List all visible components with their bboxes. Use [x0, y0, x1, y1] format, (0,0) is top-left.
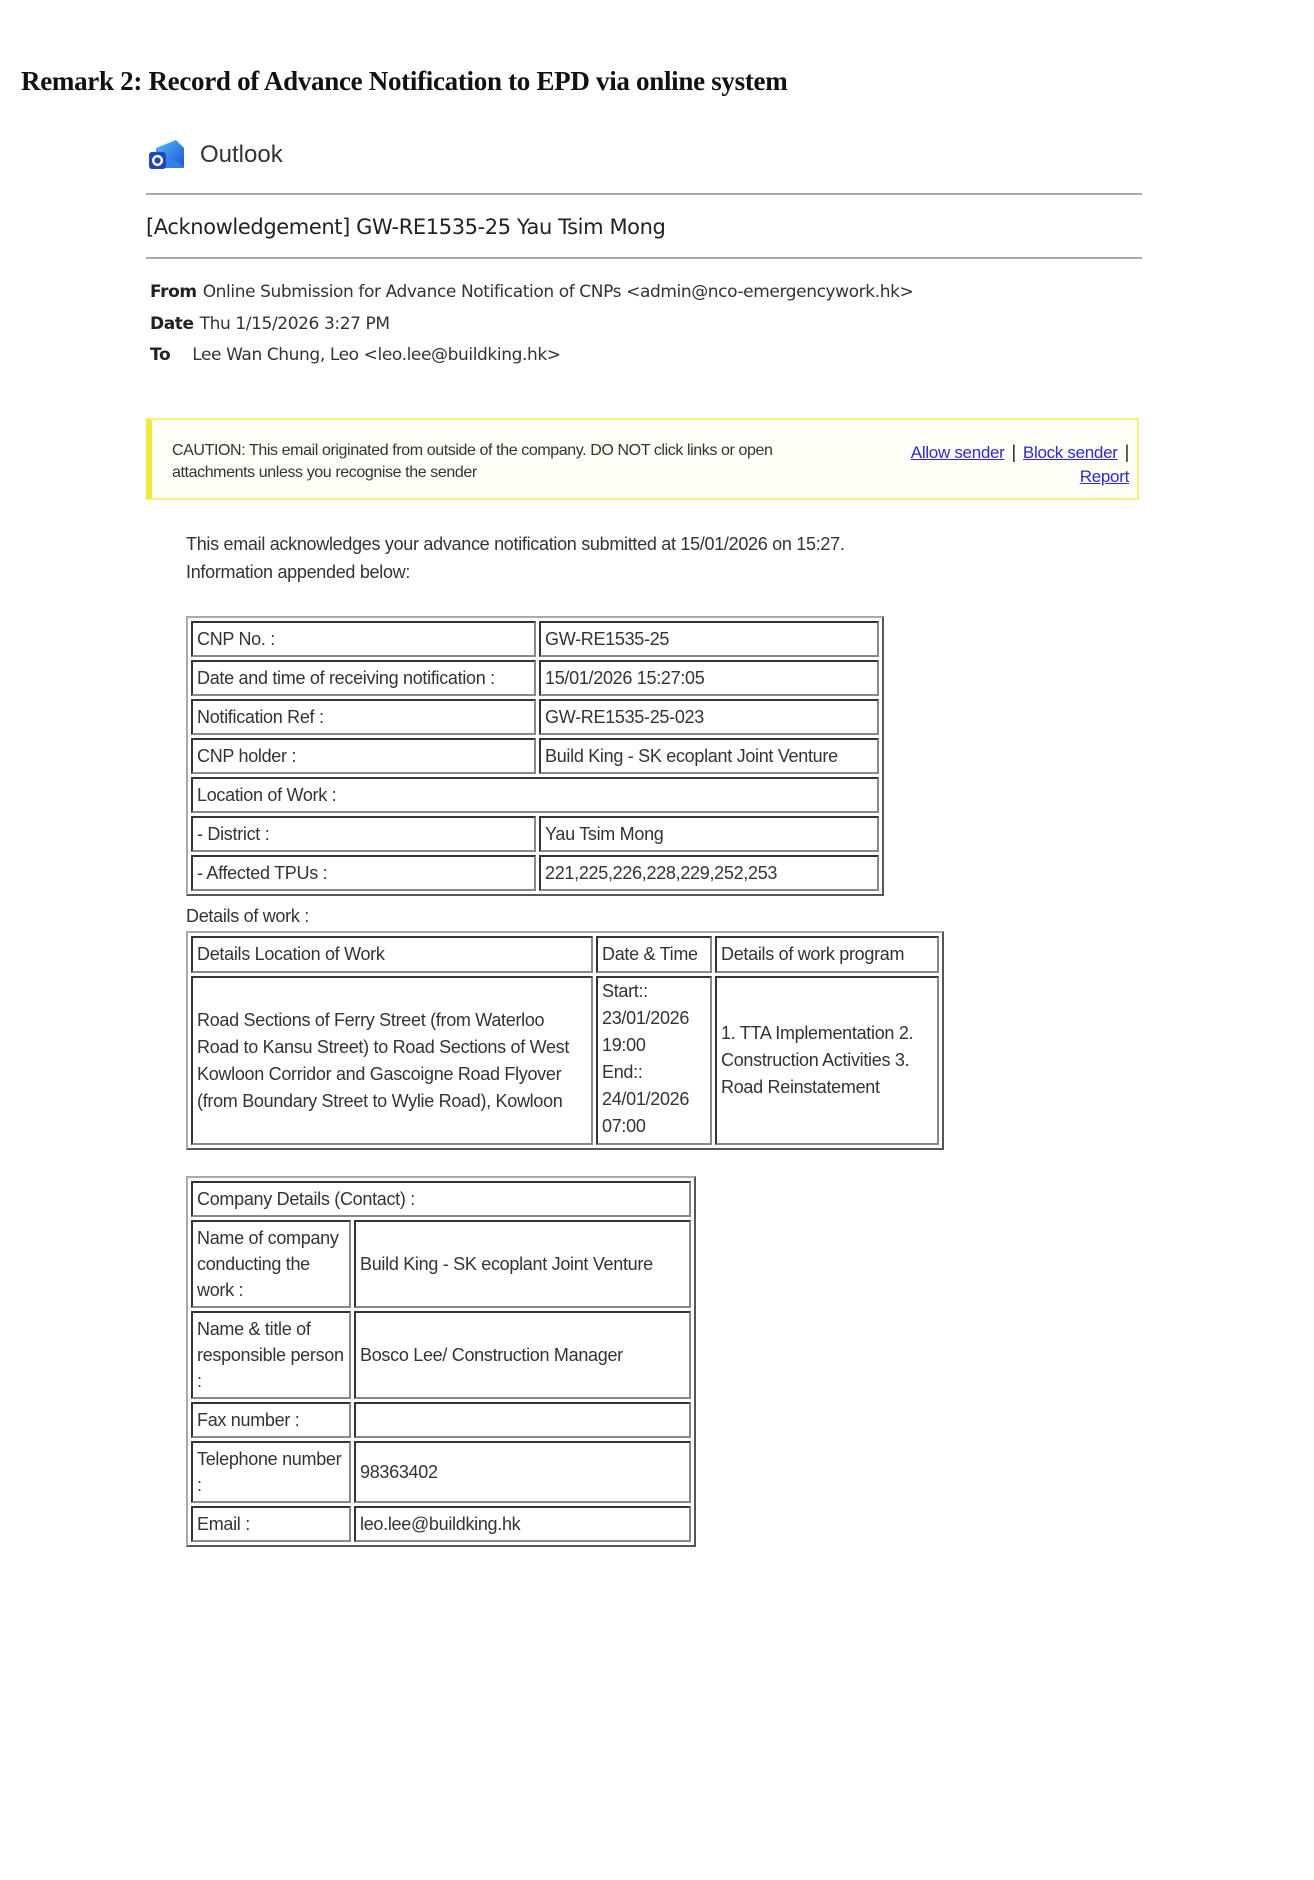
block-sender-link[interactable]: Block sender — [1023, 443, 1118, 462]
start-time: 19:00 — [602, 1032, 706, 1059]
tel-value: 98363402 — [354, 1441, 691, 1503]
fax-label: Fax number : — [191, 1402, 351, 1438]
document-title: Remark 2: Record of Advance Notification… — [21, 66, 787, 97]
date-label: Date — [150, 314, 194, 334]
company-details-table: Company Details (Contact) : Name of comp… — [186, 1176, 696, 1547]
date-row: DateThu 1/15/2026 3:27 PM — [150, 314, 390, 334]
tpu-value: 221,225,226,228,229,252,253 — [539, 855, 879, 891]
column-header: Details of work program — [715, 936, 939, 973]
table-header-row: Details Location of Work Date & Time Det… — [191, 936, 939, 973]
allow-sender-link[interactable]: Allow sender — [911, 443, 1005, 462]
email-subject: [Acknowledgement] GW-RE1535-25 Yau Tsim … — [146, 215, 665, 239]
from-row: FromOnline Submission for Advance Notifi… — [150, 282, 913, 302]
table-row: Company Details (Contact) : — [191, 1181, 691, 1217]
table-row: CNP holder : Build King - SK ecoplant Jo… — [191, 738, 879, 774]
intro-line-1: This email acknowledges your advance not… — [186, 534, 845, 555]
from-value[interactable]: Online Submission for Advance Notificati… — [203, 282, 914, 302]
table-row: Fax number : — [191, 1402, 691, 1438]
table-row: Name of company conducting the work : Bu… — [191, 1220, 691, 1308]
table-row: Location of Work : — [191, 777, 879, 813]
start-label: Start:: — [602, 978, 706, 1005]
work-details-heading: Details of work : — [186, 906, 309, 927]
person-value: Bosco Lee/ Construction Manager — [354, 1311, 691, 1399]
tel-label: Telephone number : — [191, 1441, 351, 1503]
person-label: Name & title of responsible person : — [191, 1311, 351, 1399]
divider — [146, 193, 1142, 195]
location-label: Location of Work : — [191, 777, 879, 813]
to-value[interactable]: Lee Wan Chung, Leo <leo.lee@buildking.hk… — [192, 345, 560, 365]
cnp-no-label: CNP No. : — [191, 621, 536, 657]
received-value: 15/01/2026 15:27:05 — [539, 660, 879, 696]
intro-line-2: Information appended below: — [186, 562, 410, 583]
app-name: Outlook — [200, 141, 283, 169]
email-value[interactable]: leo.lee@buildking.hk — [354, 1506, 691, 1542]
email-label: Email : — [191, 1506, 351, 1542]
caution-actions: Allow sender|Block sender| Report — [911, 440, 1129, 489]
work-date-time: Start:: 23/01/2026 19:00 End:: 24/01/202… — [596, 976, 712, 1145]
company-details-heading: Company Details (Contact) : — [191, 1181, 691, 1217]
end-date: 24/01/2026 — [602, 1086, 706, 1113]
column-header: Details Location of Work — [191, 936, 593, 973]
end-time: 07:00 — [602, 1113, 706, 1140]
work-program: 1. TTA Implementation 2. Construction Ac… — [715, 976, 939, 1145]
table-row: Road Sections of Ferry Street (from Wate… — [191, 976, 939, 1145]
company-value: Build King - SK ecoplant Joint Venture — [354, 1220, 691, 1308]
end-label: End:: — [602, 1059, 706, 1086]
table-row: - Affected TPUs : 221,225,226,228,229,25… — [191, 855, 879, 891]
holder-value: Build King - SK ecoplant Joint Venture — [539, 738, 879, 774]
report-link[interactable]: Report — [1080, 467, 1129, 486]
caution-message: CAUTION: This email originated from outs… — [172, 440, 852, 484]
work-details-table: Details Location of Work Date & Time Det… — [186, 931, 944, 1150]
table-row: Telephone number : 98363402 — [191, 1441, 691, 1503]
to-row: ToLee Wan Chung, Leo <leo.lee@buildking.… — [150, 345, 561, 365]
tpu-label: - Affected TPUs : — [191, 855, 536, 891]
work-location: Road Sections of Ferry Street (from Wate… — [191, 976, 593, 1145]
company-label: Name of company conducting the work : — [191, 1220, 351, 1308]
cnp-no-value: GW-RE1535-25 — [539, 621, 879, 657]
divider — [146, 257, 1142, 259]
district-label: - District : — [191, 816, 536, 852]
fax-value — [354, 1402, 691, 1438]
column-header: Date & Time — [596, 936, 712, 973]
to-label: To — [150, 345, 170, 365]
district-value: Yau Tsim Mong — [539, 816, 879, 852]
notification-table: CNP No. : GW-RE1535-25 Date and time of … — [186, 616, 884, 896]
date-value: Thu 1/15/2026 3:27 PM — [200, 314, 390, 334]
outlook-logo-icon — [148, 138, 186, 172]
table-row: Notification Ref : GW-RE1535-25-023 — [191, 699, 879, 735]
from-label: From — [150, 282, 197, 302]
separator: | — [1125, 442, 1129, 462]
table-row: CNP No. : GW-RE1535-25 — [191, 621, 879, 657]
ref-value: GW-RE1535-25-023 — [539, 699, 879, 735]
start-date: 23/01/2026 — [602, 1005, 706, 1032]
table-row: Date and time of receiving notification … — [191, 660, 879, 696]
received-label: Date and time of receiving notification … — [191, 660, 536, 696]
table-row: - District : Yau Tsim Mong — [191, 816, 879, 852]
table-row: Email : leo.lee@buildking.hk — [191, 1506, 691, 1542]
holder-label: CNP holder : — [191, 738, 536, 774]
table-row: Name & title of responsible person : Bos… — [191, 1311, 691, 1399]
outlook-header: Outlook — [148, 138, 283, 172]
caution-banner: CAUTION: This email originated from outs… — [146, 418, 1139, 500]
ref-label: Notification Ref : — [191, 699, 536, 735]
separator: | — [1012, 442, 1016, 462]
